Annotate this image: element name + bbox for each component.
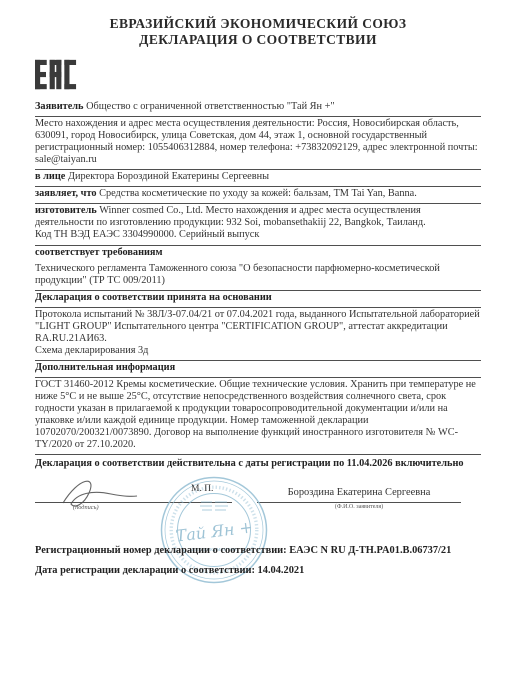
in-person-label: в лице — [35, 171, 65, 182]
address-value: Место нахождения и адрес места осуществл… — [35, 118, 478, 165]
basis-heading: Декларация о соответствии принята на осн… — [35, 291, 481, 308]
tnved-code-line: Код ТН ВЭД ЕАЭС 3304990000. Серийный вып… — [35, 229, 481, 241]
stamp-place-label: М. П. — [191, 484, 213, 494]
scheme-line: Схема декларирования 3д — [35, 345, 481, 357]
applicant-value: Общество с ограниченной ответственностью… — [86, 101, 335, 112]
declares-label: заявляет, что — [35, 188, 97, 199]
stamp-center-text: Тай Ян + — [175, 518, 254, 546]
field-declares: заявляет, что Средства косметические по … — [35, 187, 481, 204]
field-applicant: Заявитель Общество с ограниченной ответс… — [35, 100, 481, 117]
document-title: ЕВРАЗИЙСКИЙ ЭКОНОМИЧЕСКИЙ СОЮЗ ДЕКЛАРАЦИ… — [35, 16, 481, 47]
field-address: Место нахождения и адрес места осуществл… — [35, 117, 481, 170]
declares-value: Средства косметические по уходу за кожей… — [99, 188, 417, 199]
title-line-2: ДЕКЛАРАЦИЯ О СООТВЕТСТВИИ — [35, 32, 481, 48]
basis-section: Протокола испытаний № 38Л/З-07.04/21 от … — [35, 308, 481, 361]
complies-text: Технического регламента Таможенного союз… — [35, 262, 481, 291]
eac-mark-icon — [35, 55, 79, 97]
additional-text: ГОСТ 31460-2012 Кремы косметические. Общ… — [35, 378, 481, 455]
validity-line: Декларация о соответствии действительна … — [35, 455, 481, 473]
title-line-1: ЕВРАЗИЙСКИЙ ЭКОНОМИЧЕСКИЙ СОЮЗ — [35, 16, 481, 32]
field-manufacturer: изготовитель Winner cosmed Co., Ltd. Мес… — [35, 204, 481, 245]
field-in-person: в лице Директора Бороздиной Екатерины Се… — [35, 170, 481, 187]
basis-text: Протокола испытаний № 38Л/З-07.04/21 от … — [35, 309, 481, 345]
in-person-value: Директора Бороздиной Екатерины Сергеевны — [68, 171, 269, 182]
complies-heading: соответствует требованиям — [35, 246, 481, 262]
signature-scrawl-icon — [49, 473, 149, 513]
signee-caption: (Ф.И.О. заявителя) — [257, 504, 461, 510]
additional-heading: Дополнительная информация — [35, 361, 481, 378]
registration-date-line: Дата регистрации декларации о соответств… — [35, 565, 481, 576]
applicant-label: Заявитель — [35, 101, 84, 112]
registration-number-line: Регистрационный номер декларации о соотв… — [35, 545, 481, 556]
signee-name: Бороздина Екатерина Сергеевна — [257, 487, 461, 498]
document-content: ЕВРАЗИЙСКИЙ ЭКОНОМИЧЕСКИЙ СОЮЗ ДЕКЛАРАЦИ… — [35, 16, 481, 576]
declaration-document: ЕВРАЗИЙСКИЙ ЭКОНОМИЧЕСКИЙ СОЮЗ ДЕКЛАРАЦИ… — [0, 0, 512, 683]
manufacturer-text: изготовитель Winner cosmed Co., Ltd. Мес… — [35, 205, 481, 229]
manufacturer-label: изготовитель — [35, 205, 97, 216]
signature-area: (подпись) М. П. Тай Я — [35, 473, 481, 539]
